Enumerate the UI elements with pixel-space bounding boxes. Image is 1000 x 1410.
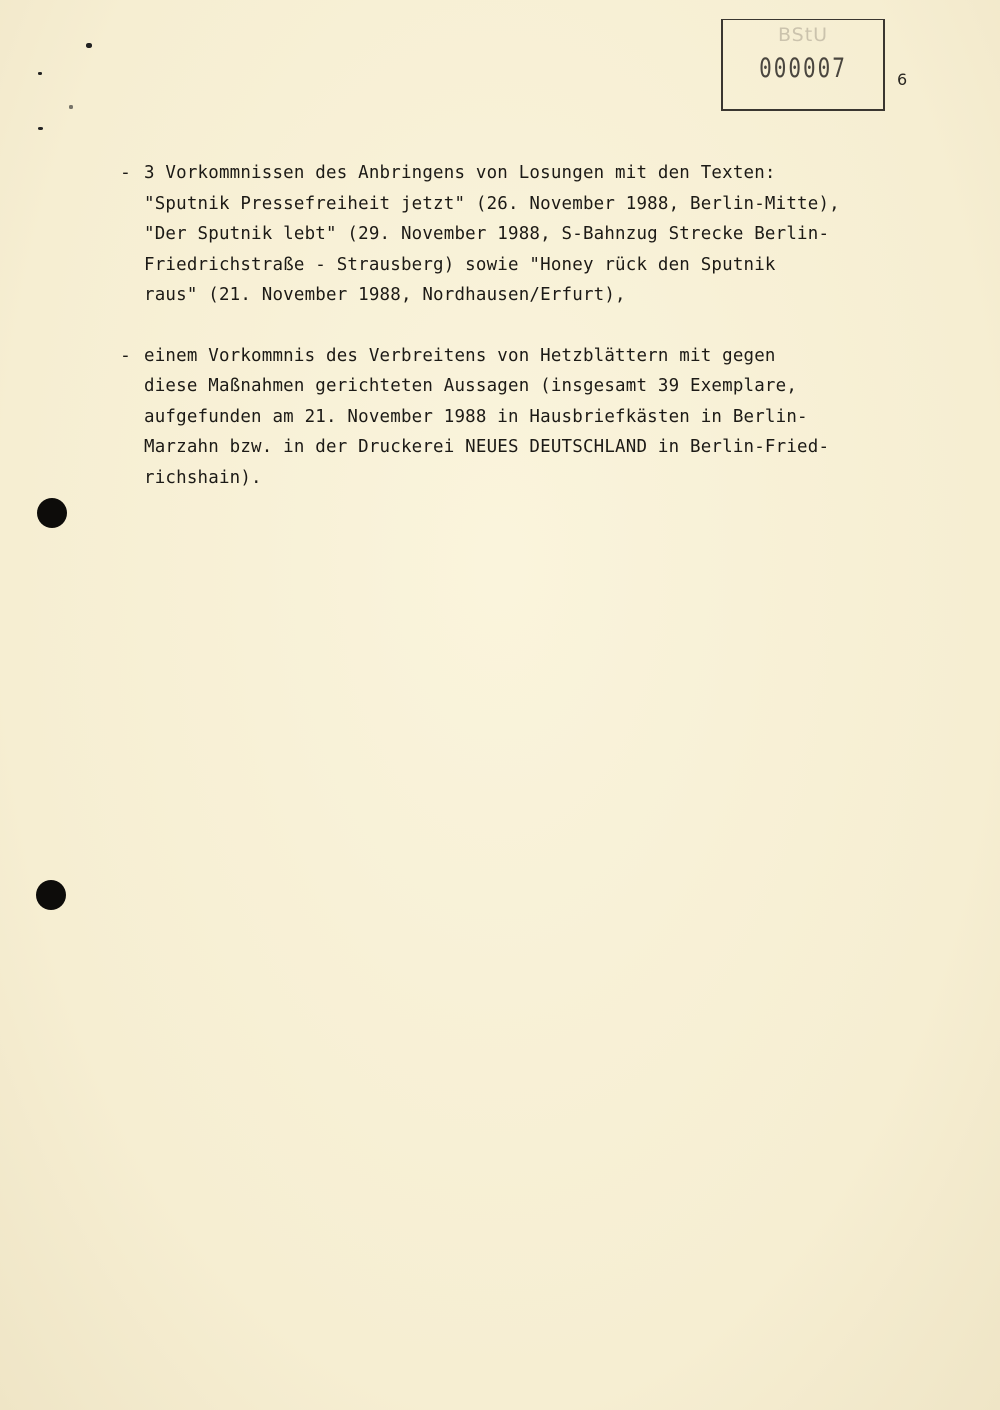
paper-speck bbox=[38, 72, 42, 75]
bullet-dash: - bbox=[120, 341, 131, 372]
text-line: richshain). bbox=[144, 463, 916, 494]
bullet-dash: - bbox=[120, 158, 131, 189]
list-item: - einem Vorkommnis des Verbreitens von H… bbox=[120, 341, 940, 494]
text-line: "Der Sputnik lebt" (29. November 1988, S… bbox=[144, 219, 916, 250]
stamp-number: 000007 bbox=[723, 53, 883, 83]
text-line: raus" (21. November 1988, Nordhausen/Erf… bbox=[144, 280, 916, 311]
text-line: Marzahn bzw. in der Druckerei NEUES DEUT… bbox=[144, 432, 916, 463]
text-line: aufgefunden am 21. November 1988 in Haus… bbox=[144, 402, 916, 433]
paper-speck bbox=[69, 105, 73, 109]
text-line: 3 Vorkommnissen des Anbringens von Losun… bbox=[144, 158, 916, 189]
text-line: diese Maßnahmen gerichteten Aussagen (in… bbox=[144, 371, 916, 402]
list-item: - 3 Vorkommnissen des Anbringens von Los… bbox=[120, 158, 940, 311]
paper-speck bbox=[86, 43, 92, 48]
text-line: Friedrichstraße - Strausberg) sowie "Hon… bbox=[144, 250, 916, 281]
paper-speck bbox=[38, 127, 43, 130]
document-body: - 3 Vorkommnissen des Anbringens von Los… bbox=[120, 158, 940, 523]
punch-hole bbox=[36, 880, 66, 910]
text-line: einem Vorkommnis des Verbreitens von Het… bbox=[144, 341, 916, 372]
page-number: 6 bbox=[897, 70, 907, 89]
punch-hole bbox=[37, 498, 67, 528]
archive-stamp: BStU 000007 bbox=[721, 19, 885, 111]
text-line: "Sputnik Pressefreiheit jetzt" (26. Nove… bbox=[144, 189, 916, 220]
stamp-organization: BStU bbox=[723, 24, 883, 46]
